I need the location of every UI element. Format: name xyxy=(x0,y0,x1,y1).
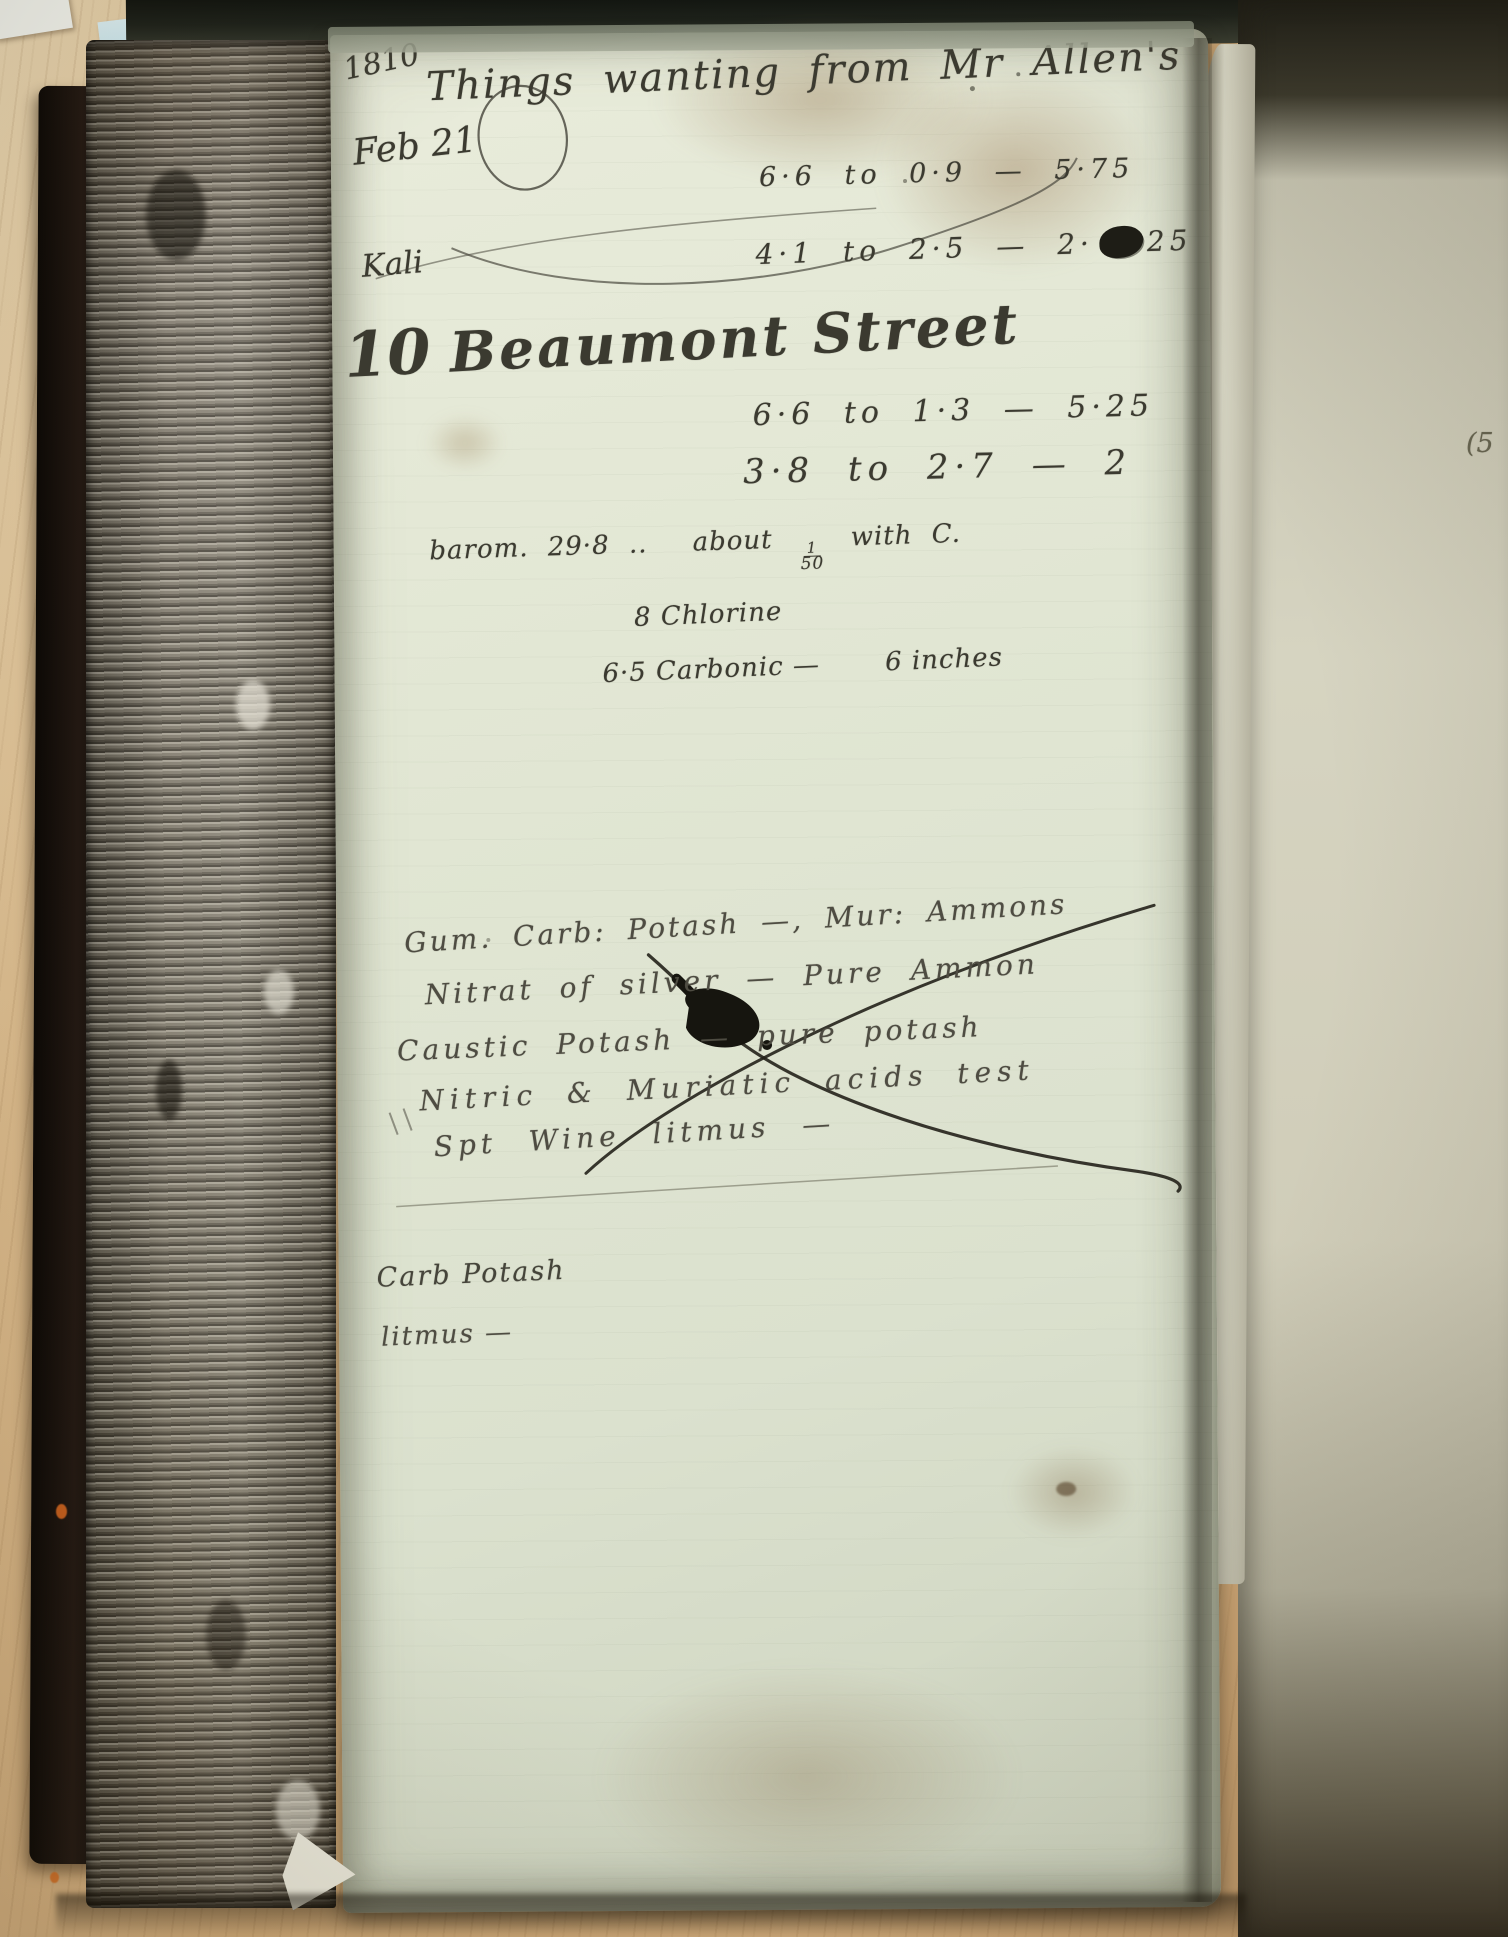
fraction-one-fiftieth: 150 xyxy=(800,541,825,572)
margin-mark: (5 xyxy=(1466,428,1494,459)
footer-litmus: litmus — xyxy=(380,1317,513,1353)
fraction-denominator: 50 xyxy=(800,556,824,572)
barometer-line: barom. 29·8 .. about 150 with C. xyxy=(429,519,962,584)
beaumont-heading: 10 Beaumont Street xyxy=(342,285,1021,392)
barometer-with-c: with C. xyxy=(850,519,961,553)
facing-page: (5 xyxy=(1238,0,1508,1937)
photo-scene: (5 1810 Things want xyxy=(0,0,1508,1937)
footer-carb-potash: Carb Potash xyxy=(376,1255,566,1294)
book-bottom-shadow xyxy=(56,1894,1246,1936)
page-edge-highlight xyxy=(276,1780,320,1840)
beaumont-values-line1: 6·6 to 1·3 — 5·25 xyxy=(752,388,1154,433)
chlorine-line: 8 Chlorine xyxy=(633,597,782,633)
crossed-item-3: Caustic Potash — pure potash xyxy=(396,1010,983,1068)
page-edge-shadow xyxy=(156,1060,182,1120)
crossed-item-4: Nitric & Muriatic acids test xyxy=(419,1053,1036,1117)
date-note: Feb 21 xyxy=(351,119,479,174)
page-edge-highlight xyxy=(264,970,294,1014)
crossed-item-5: Spt Wine litmus — xyxy=(433,1107,836,1164)
page-stain xyxy=(425,414,505,473)
carbonic-note: 6 inches xyxy=(884,642,1003,677)
barometer-about: about xyxy=(692,525,773,558)
crossed-item-1: Gum. Carb: Potash —, Mur: Ammons xyxy=(403,887,1068,959)
notebook-page: 1810 Things wanting from Mr Allen's Feb … xyxy=(330,29,1221,1913)
page-stain xyxy=(591,1660,1023,1893)
separator-rule xyxy=(396,1166,1058,1207)
page-edge-highlight xyxy=(236,680,270,730)
page-edges-stack xyxy=(86,40,336,1908)
page-stain xyxy=(1056,1482,1076,1496)
crossed-item-2: Nitrat of silver — Pure Ammon xyxy=(424,947,1040,1011)
orange-speck xyxy=(50,1872,59,1883)
orange-speck xyxy=(56,1504,67,1519)
beaumont-values-line2: 3·8 to 2·7 — 2 xyxy=(743,443,1133,492)
beaumont-name: Beaumont Street xyxy=(448,291,1022,385)
gutter-shadow xyxy=(1182,38,1212,1902)
kali-label: Kali xyxy=(360,244,424,285)
barometer-reading: barom. 29·8 .. xyxy=(429,529,648,566)
ditto-marks xyxy=(390,1109,412,1135)
carbonic-value: 6·5 Carbonic — xyxy=(602,650,821,689)
ink-blot-inline xyxy=(1099,225,1144,258)
beaumont-number: 10 xyxy=(342,315,432,392)
page-edge-shadow xyxy=(206,1600,246,1670)
page-edge-shadow xyxy=(146,170,206,260)
carbonic-line: 6·5 Carbonic — 6 inches xyxy=(602,642,1004,689)
paper-scrap xyxy=(0,0,73,40)
